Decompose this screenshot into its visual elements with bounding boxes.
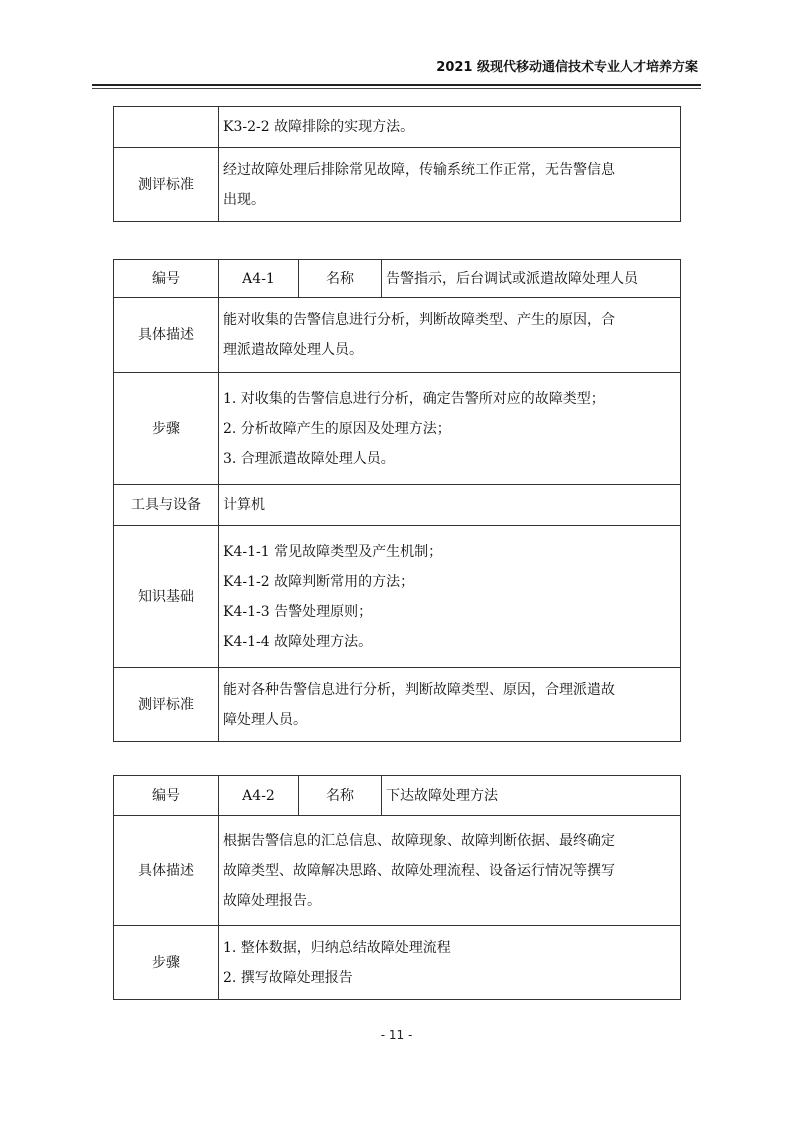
id-label: 编号: [114, 776, 219, 816]
name-label: 名称: [299, 776, 382, 816]
row-label: 测评标准: [114, 148, 219, 222]
id-value: A4-1: [219, 260, 299, 298]
content-line: 经过故障处理后排除常见故障，传输系统工作正常，无告警信息: [223, 155, 676, 185]
id-value: A4-2: [219, 776, 299, 816]
table-row: 步骤 1. 整体数据，归纳总结故障处理流程 2. 撰写故障处理报告: [114, 926, 681, 1000]
name-value: 告警指示，后台调试或派遣故障处理人员: [382, 260, 681, 298]
content-line: 故障处理报告。: [223, 886, 676, 916]
document-header-title: 2021 级现代移动通信技术专业人才培养方案: [420, 56, 698, 75]
content-line: K3-2-2 故障排除的实现方法。: [223, 112, 676, 142]
content-line: 理派遣故障处理人员。: [223, 335, 676, 365]
content-line: 能对各种告警信息进行分析，判断故障类型、原因，合理派遣故: [223, 675, 676, 705]
name-label: 名称: [299, 260, 382, 298]
header-rule-thin: [92, 88, 701, 89]
table-row: 知识基础 K4-1-1 常见故障类型及产生机制； K4-1-2 故障判断常用的方…: [114, 526, 681, 668]
content-line: K4-1-1 常见故障类型及产生机制；: [223, 537, 676, 567]
table-row: 具体描述 根据告警信息的汇总信息、故障现象、故障判断依据、最终确定 故障类型、故…: [114, 816, 681, 926]
content-line: K4-1-4 故障处理方法。: [223, 627, 676, 657]
row-label: [114, 107, 219, 148]
row-label: 知识基础: [114, 526, 219, 668]
table-row: 具体描述 能对收集的告警信息进行分析，判断故障类型、产生的原因，合 理派遣故障处…: [114, 298, 681, 373]
content-line: 2. 撰写故障处理报告: [223, 963, 676, 993]
table-row: K3-2-2 故障排除的实现方法。: [114, 107, 681, 148]
content-line: K4-1-2 故障判断常用的方法；: [223, 567, 676, 597]
content-line: 故障类型、故障解决思路、故障处理流程、设备运行情况等撰写: [223, 856, 676, 886]
header-rule: [92, 84, 701, 86]
table-row: 测评标准 经过故障处理后排除常见故障，传输系统工作正常，无告警信息 出现。: [114, 148, 681, 222]
content-line: 障处理人员。: [223, 705, 676, 735]
table-a4-2: 编号 A4-2 名称 下达故障处理方法 具体描述 根据告警信息的汇总信息、故障现…: [113, 775, 681, 1000]
content-line: 1. 对收集的告警信息进行分析，确定告警所对应的故障类型；: [223, 384, 676, 414]
row-content: 经过故障处理后排除常见故障，传输系统工作正常，无告警信息 出现。: [219, 148, 681, 222]
row-content: 1. 对收集的告警信息进行分析，确定告警所对应的故障类型； 2. 分析故障产生的…: [219, 373, 681, 485]
row-label: 步骤: [114, 373, 219, 485]
content-line: 出现。: [223, 185, 676, 215]
content-line: 3. 合理派遣故障处理人员。: [223, 444, 676, 474]
row-content: 1. 整体数据，归纳总结故障处理流程 2. 撰写故障处理报告: [219, 926, 681, 1000]
table-row: 步骤 1. 对收集的告警信息进行分析，确定告警所对应的故障类型； 2. 分析故障…: [114, 373, 681, 485]
content-line: K4-1-3 告警处理原则；: [223, 597, 676, 627]
row-content: 计算机: [219, 485, 681, 526]
table-header-row: 编号 A4-2 名称 下达故障处理方法: [114, 776, 681, 816]
page-number: - 11 -: [0, 1028, 793, 1042]
content-line: 计算机: [223, 490, 676, 520]
table-row: 测评标准 能对各种告警信息进行分析，判断故障类型、原因，合理派遣故 障处理人员。: [114, 668, 681, 742]
content-line: 根据告警信息的汇总信息、故障现象、故障判断依据、最终确定: [223, 826, 676, 856]
row-content: 能对各种告警信息进行分析，判断故障类型、原因，合理派遣故 障处理人员。: [219, 668, 681, 742]
row-label: 具体描述: [114, 298, 219, 373]
row-label: 步骤: [114, 926, 219, 1000]
row-label: 具体描述: [114, 816, 219, 926]
table-a3-continuation: K3-2-2 故障排除的实现方法。 测评标准 经过故障处理后排除常见故障，传输系…: [113, 106, 681, 222]
id-label: 编号: [114, 260, 219, 298]
content-line: 能对收集的告警信息进行分析，判断故障类型、产生的原因，合: [223, 305, 676, 335]
content-line: 1. 整体数据，归纳总结故障处理流程: [223, 933, 676, 963]
row-content: 根据告警信息的汇总信息、故障现象、故障判断依据、最终确定 故障类型、故障解决思路…: [219, 816, 681, 926]
table-header-row: 编号 A4-1 名称 告警指示，后台调试或派遣故障处理人员: [114, 260, 681, 298]
name-value: 下达故障处理方法: [382, 776, 681, 816]
table-row: 工具与设备 计算机: [114, 485, 681, 526]
row-content: 能对收集的告警信息进行分析，判断故障类型、产生的原因，合 理派遣故障处理人员。: [219, 298, 681, 373]
row-content: K3-2-2 故障排除的实现方法。: [219, 107, 681, 148]
content-line: 2. 分析故障产生的原因及处理方法；: [223, 414, 676, 444]
row-label: 工具与设备: [114, 485, 219, 526]
row-content: K4-1-1 常见故障类型及产生机制； K4-1-2 故障判断常用的方法； K4…: [219, 526, 681, 668]
table-a4-1: 编号 A4-1 名称 告警指示，后台调试或派遣故障处理人员 具体描述 能对收集的…: [113, 259, 681, 742]
row-label: 测评标准: [114, 668, 219, 742]
